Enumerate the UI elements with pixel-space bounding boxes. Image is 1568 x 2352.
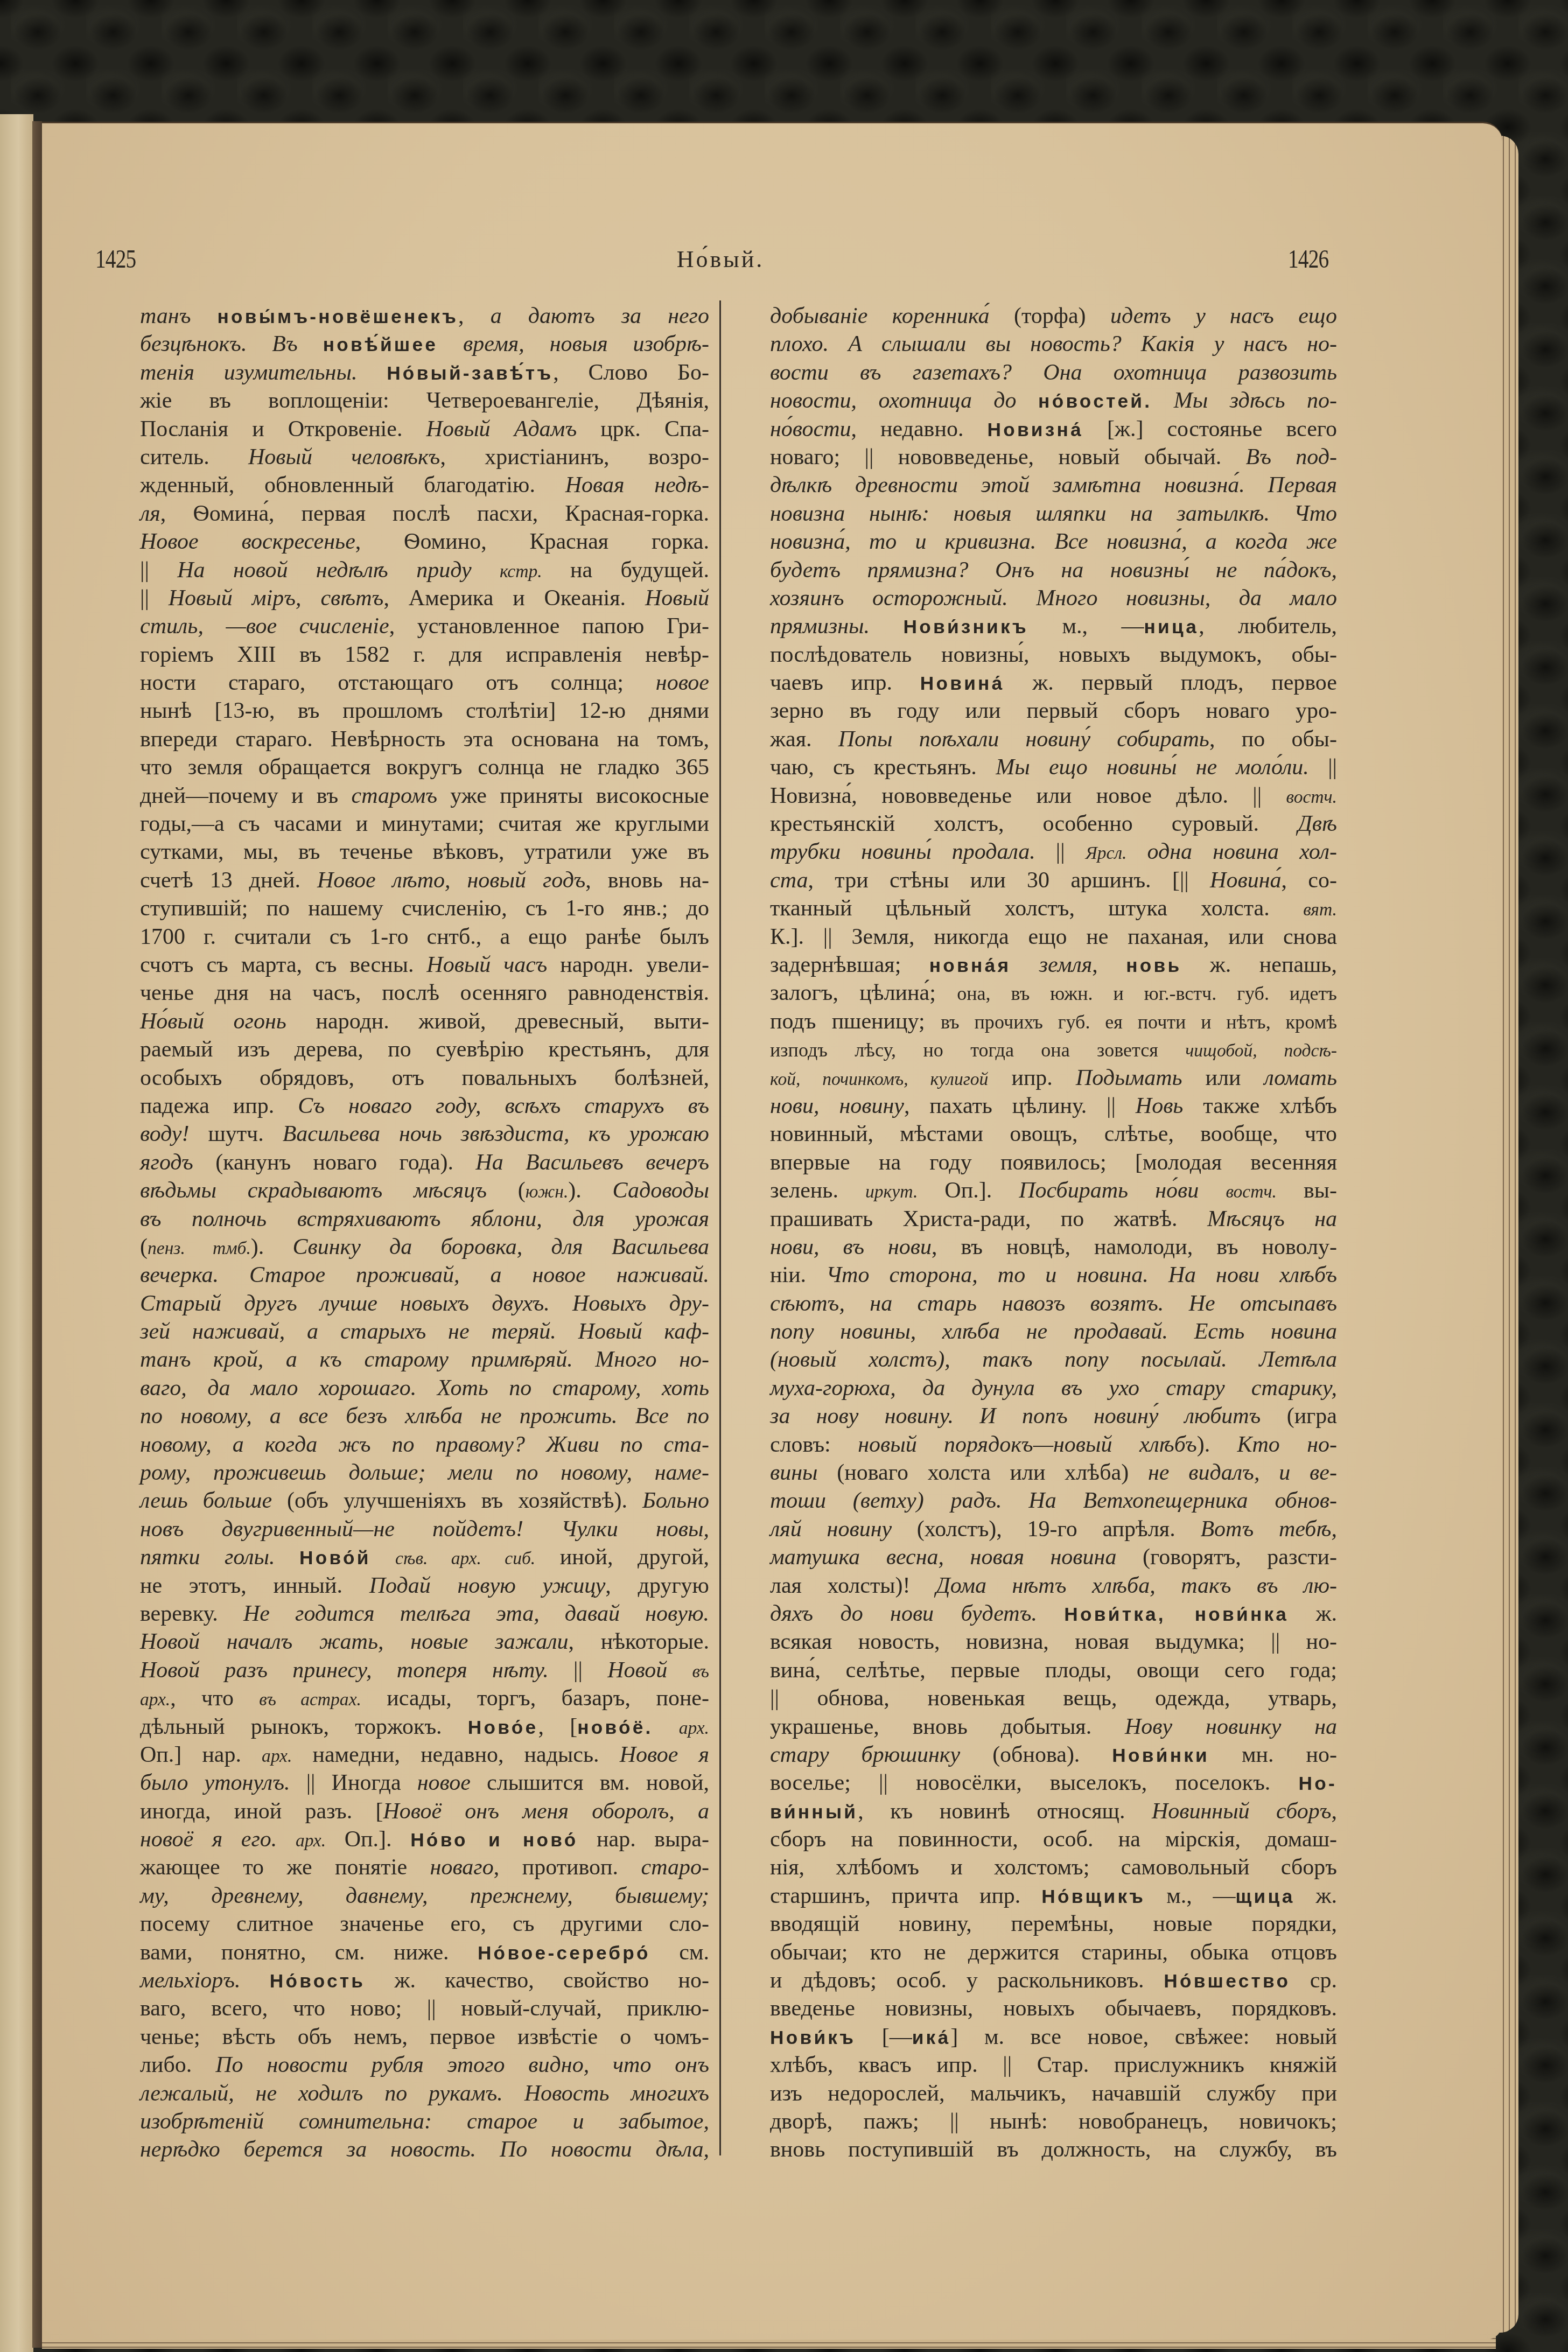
italic-text: По новости рубля этого видно, что онъ bbox=[215, 2053, 709, 2077]
text-line: попу новины, хлѣба не продавай. Есть нов… bbox=[770, 1318, 1337, 1346]
text-line: вечерка. Старое проживай, а новое нажива… bbox=[140, 1261, 709, 1289]
text-run: хлѣбъ, квасъ ипр. || Стар. прислужникъ к… bbox=[770, 2053, 1337, 2077]
text-line: особыхъ обрядовъ, отъ повальныхъ болѣзне… bbox=[140, 1064, 709, 1092]
text-line: муха-горюха, да дунула въ ухо стару стар… bbox=[770, 1374, 1337, 1402]
text-line: изобрѣтеній сомнительна: старое и забыто… bbox=[140, 2108, 709, 2136]
italic-text: нерѣдко берется за новость. По новости д… bbox=[140, 2137, 709, 2162]
headword: Нови́тка, нови́нка bbox=[1064, 1604, 1289, 1625]
text-line: нови, въ нови, въ новцѣ, намолоди, въ но… bbox=[770, 1233, 1337, 1261]
text-run: нія, хлѣбомъ и холстомъ; самовольный сбо… bbox=[770, 1855, 1337, 1880]
text-line: матушка весна, новая новина (говорятъ, р… bbox=[770, 1543, 1337, 1571]
text-run bbox=[1152, 388, 1173, 413]
text-run: , Ѳомина́, первая послѣ пасхи, Красная-г… bbox=[160, 501, 709, 526]
abbreviation: кстр. bbox=[500, 562, 542, 582]
text-run bbox=[1011, 953, 1039, 977]
text-line: залогъ, цѣлина́; она, въ южн. и юг.-встч… bbox=[770, 979, 1337, 1007]
text-run: впереди стараго. Невѣрность эта основана… bbox=[140, 727, 709, 752]
text-line: словъ: новый порядокъ—новый хлѣбъ). Кто … bbox=[770, 1431, 1337, 1459]
text-run: , bbox=[1092, 953, 1126, 977]
italic-text: Кто но- bbox=[1237, 1432, 1337, 1457]
text-run bbox=[1199, 1178, 1226, 1203]
text-run bbox=[240, 1968, 269, 1993]
text-run: либо. bbox=[140, 2053, 215, 2077]
italic-text: изобрѣтеній сомнительна: старое и забыто… bbox=[140, 2109, 709, 2134]
italic-text: сѣютъ, на старь навозъ возятъ. Не отсыпа… bbox=[770, 1291, 1337, 1316]
text-line: 1700 г. считали съ 1-го снтб., а ещо ран… bbox=[140, 923, 709, 951]
text-run: (объ улучшеніяхъ въ хозяйствѣ). bbox=[272, 1488, 642, 1513]
text-line: ля, Ѳомина́, первая послѣ пасхи, Красная… bbox=[140, 500, 709, 528]
text-run: ж. bbox=[1289, 1601, 1337, 1626]
italic-text: Подай новую ужицу bbox=[369, 1573, 606, 1598]
text-run: , что bbox=[170, 1686, 259, 1711]
text-line: му, древнему, давнему, прежнему, бывшему… bbox=[140, 1882, 709, 1910]
text-run: на будущей. bbox=[542, 558, 709, 583]
text-line: воду! шутч. Васильева ночь звѣздиста, къ… bbox=[140, 1120, 709, 1148]
italic-text: му, древнему, давнему, прежнему, бывшему… bbox=[140, 1884, 709, 1908]
text-run: изъ недорослей, мальчикъ, начавшій служб… bbox=[770, 2081, 1337, 2106]
italic-text: нови, новину bbox=[770, 1094, 904, 1118]
italic-text: ста bbox=[770, 868, 808, 893]
text-run: жая. bbox=[770, 727, 838, 752]
text-line: ніи. Что сторона, то и новина. На нови х… bbox=[770, 1261, 1337, 1289]
text-line: новаго; || нововведенье, новый обычай. В… bbox=[770, 443, 1337, 471]
text-line: сборъ на повинности, особ. на мірскія, д… bbox=[770, 1825, 1337, 1853]
text-line: танъ новы́мъ-новёшенекъ, а даютъ за него bbox=[140, 302, 709, 330]
italic-text: Не годится телѣга эта, давай новую. bbox=[243, 1601, 709, 1626]
text-run bbox=[667, 1658, 692, 1683]
column-divider bbox=[719, 300, 721, 2155]
text-line: украшенье, вновь добытыя. Нову новинку н… bbox=[770, 1713, 1337, 1741]
italic-text: трубки новины́ продала. bbox=[770, 839, 1035, 864]
text-run: (холстъ), 19-го апрѣля. bbox=[892, 1517, 1200, 1542]
italic-text: пятки голы. bbox=[140, 1545, 299, 1570]
italic-text: а даютъ за него bbox=[491, 304, 709, 328]
text-run: ( bbox=[140, 1235, 148, 1259]
text-run: шутч. bbox=[189, 1122, 282, 1146]
text-run: ченье дня на часъ, послѣ осенняго равнод… bbox=[140, 981, 709, 1005]
text-run: также хлѣбъ bbox=[1183, 1094, 1337, 1118]
headword: Но́вщикъ bbox=[1041, 1886, 1145, 1907]
text-line: || На новой недѣлѣ приду кстр. на будуще… bbox=[140, 556, 709, 584]
text-line: лая холсты)! Дома нѣтъ хлѣба, такъ въ лю… bbox=[770, 1572, 1337, 1600]
text-line: обычаи; кто не держится старины, обыка о… bbox=[770, 1938, 1337, 1966]
italic-text: Мы здѣсь по- bbox=[1174, 388, 1337, 413]
text-run: нар. выра- bbox=[578, 1827, 709, 1852]
text-run: прашивать Христа-ради, по жатвѣ. bbox=[770, 1207, 1207, 1231]
text-run: (обнова). bbox=[960, 1742, 1112, 1767]
italic-text: Садоводы bbox=[613, 1178, 709, 1203]
text-line: нынѣ [13-ю, въ прошломъ столѣтіи] 12-ю д… bbox=[140, 697, 709, 725]
text-run: годы,—а съ часами и минутами; считая же … bbox=[140, 811, 709, 836]
headword: ница bbox=[1144, 617, 1199, 638]
text-line: К.]. || Земля, никогда ещо не паханая, и… bbox=[770, 923, 1337, 951]
italic-text: Новь bbox=[1136, 1094, 1184, 1118]
text-line: вводящій новину, перемѣны, новые порядки… bbox=[770, 1910, 1337, 1938]
text-run: веревку. bbox=[140, 1601, 243, 1626]
text-line: всякая новость, новизна, новая выдумка; … bbox=[770, 1628, 1337, 1656]
text-run: счотъ съ марта, съ весны. bbox=[140, 953, 426, 977]
small-text: изподъ лѣсу, но тогда она зовется bbox=[770, 1039, 1185, 1061]
text-run: , недавно. bbox=[851, 417, 988, 442]
text-run: (торфа) bbox=[990, 304, 1110, 328]
italic-text: воду! bbox=[140, 1122, 189, 1146]
italic-text: Новый міръ, свѣтъ bbox=[169, 586, 384, 611]
italic-text: новаго bbox=[430, 1855, 494, 1880]
text-run: жіе въ воплощеніи: Четвероевангеліе, Дѣя… bbox=[140, 388, 709, 413]
text-line: жіе въ воплощеніи: Четвероевангеліе, Дѣя… bbox=[140, 387, 709, 415]
text-run: уже приняты високосные bbox=[437, 783, 709, 808]
italic-text: Новина́ bbox=[1210, 868, 1281, 893]
text-line: новизна́, то и кривизна. Все новизна́, а… bbox=[770, 528, 1337, 556]
headword: ново́ё. bbox=[577, 1717, 653, 1738]
text-run: счетѣ 13 дней. bbox=[140, 868, 317, 893]
text-run: новинный, мѣстами овощъ, слѣтье, вообще,… bbox=[770, 1122, 1337, 1146]
italic-text: Новоё онъ меня оборолъ, а bbox=[383, 1799, 709, 1824]
text-line: ступившій; по нашему счисленію, съ 1-го … bbox=[140, 894, 709, 922]
text-line: ягодъ (канунъ новаго года). На Васильевъ… bbox=[140, 1149, 709, 1177]
italic-text: Новой bbox=[607, 1658, 667, 1683]
text-line: вина́, селѣтье, первые плоды, овощи сего… bbox=[770, 1656, 1337, 1684]
italic-text: Мы ещо новины́ не моло́ли. bbox=[996, 755, 1309, 780]
italic-text: Нову новинку на bbox=[1125, 1714, 1337, 1739]
text-line: дворѣ, пажъ; || нынѣ: новобранецъ, нович… bbox=[770, 2108, 1337, 2136]
text-run: особыхъ обрядовъ, отъ повальныхъ болѣзне… bbox=[140, 1066, 709, 1090]
text-run: украшенье, вновь добытыя. bbox=[770, 1714, 1125, 1739]
text-run bbox=[870, 614, 904, 639]
italic-text: Новой началъ жать, новые зажали bbox=[140, 1629, 569, 1654]
text-line: Но́вый огонь народн. живой, древесный, в… bbox=[140, 1007, 709, 1035]
text-run: , любитель, bbox=[1199, 614, 1337, 639]
text-line: прямизны. Нови́зникъ м., —ница, любитель… bbox=[770, 612, 1337, 640]
text-line: новъ двугривенный—не пойдетъ! Чулки новы… bbox=[140, 1515, 709, 1543]
text-line: Оп.] нар. арх. намедни, недавно, надысь.… bbox=[140, 1741, 709, 1769]
italic-text: плохо. А слышали вы новость? Какія у нас… bbox=[770, 332, 1337, 356]
text-line: трубки новины́ продала. || Ярсл. одна но… bbox=[770, 838, 1337, 866]
text-run: , вновь на- bbox=[585, 868, 709, 893]
text-line: за нову новину. И попъ новину́ любитъ (и… bbox=[770, 1402, 1337, 1430]
text-run: дворѣ, пажъ; || нынѣ: новобранецъ, нович… bbox=[770, 2109, 1337, 2134]
italic-text: Новое я bbox=[620, 1742, 709, 1767]
italic-text: въ полночь встряхиваютъ яблони, для урож… bbox=[140, 1207, 709, 1231]
text-run: || обнова, новенькая вещь, одежда, утвар… bbox=[770, 1686, 1337, 1711]
text-run bbox=[371, 1545, 395, 1570]
text-run: ] м. все новое, свѣжее: новый bbox=[950, 2025, 1337, 2049]
text-run: (говорятъ, разсти- bbox=[1116, 1545, 1337, 1570]
headword: Новина́ bbox=[920, 673, 1005, 694]
text-run: м., — bbox=[1145, 1884, 1235, 1908]
text-line: зей наживай, а старыхъ не теряй. Новый к… bbox=[140, 1318, 709, 1346]
italic-text: дяхъ до нови будетъ. bbox=[770, 1601, 1037, 1626]
italic-text: Подымать bbox=[1076, 1066, 1182, 1090]
left-column: танъ новы́мъ-новёшенекъ, а даютъ за него… bbox=[140, 302, 709, 2164]
text-line: ваго, да мало хорошаго. Хоть по старому,… bbox=[140, 1374, 709, 1402]
italic-text: прямизны. bbox=[770, 614, 870, 639]
headword: Новизна́ bbox=[987, 419, 1083, 440]
headword: новь bbox=[1126, 955, 1181, 976]
text-line: по новому, а все безъ хлѣба не прожить. … bbox=[140, 1402, 709, 1430]
italic-text: лешь больше bbox=[140, 1488, 272, 1513]
text-run: || Иногда bbox=[290, 1770, 417, 1795]
text-run: иной, другой, bbox=[535, 1545, 709, 1570]
text-run: ваго, всего, что ново; || новый-случай, … bbox=[140, 1996, 709, 2021]
text-run: , установленное папою Гри- bbox=[389, 614, 709, 639]
italic-text: вѣдьмы скрадываютъ мѣсяцъ bbox=[140, 1178, 487, 1203]
abbreviation: кой, починкомъ, кулигой bbox=[770, 1069, 988, 1089]
small-text: въ прочихъ губ. ея почти и нѣтъ, кромѣ bbox=[941, 1011, 1337, 1033]
italic-text: новому, а когда жъ по правому? Живи по с… bbox=[140, 1432, 709, 1457]
text-line: ста, три стѣны или 30 аршинъ. [|| Новина… bbox=[770, 866, 1337, 894]
text-run: ніи. bbox=[770, 1263, 826, 1287]
text-run: , противоп. bbox=[494, 1855, 641, 1880]
italic-text: не видалъ, и ве- bbox=[1148, 1460, 1337, 1485]
text-line: не этотъ, инный. Подай новую ужицу, друг… bbox=[140, 1572, 709, 1600]
text-line: лешь больше (объ улучшеніяхъ въ хозяйств… bbox=[140, 1487, 709, 1515]
text-line: ляй новину (холстъ), 19-го апрѣля. Вотъ … bbox=[770, 1515, 1337, 1543]
text-line: дяхъ до нови будетъ. Нови́тка, нови́нка … bbox=[770, 1600, 1337, 1628]
text-run: Посланія и Откровеніе. bbox=[140, 417, 426, 442]
headword: Но́во и ново́ bbox=[410, 1830, 578, 1851]
text-run: , Слово Бо- bbox=[553, 360, 709, 385]
abbreviation: сѣв. арх. сиб. bbox=[395, 1549, 535, 1569]
abbreviation: востч. bbox=[1226, 1182, 1277, 1202]
text-line: чаю, съ крестьянъ. Мы ещо новины́ не мол… bbox=[770, 753, 1337, 781]
italic-text: новое bbox=[656, 670, 709, 695]
text-run: всякая новость, новизна, новая выдумка; … bbox=[770, 1629, 1337, 1654]
text-line: нія, хлѣбомъ и холстомъ; самовольный сбо… bbox=[770, 1853, 1337, 1881]
text-run: ситель. bbox=[140, 445, 248, 470]
headword: Нови́къ bbox=[770, 2027, 856, 2048]
text-run: намедни, недавно, надысь. bbox=[292, 1742, 619, 1767]
abbreviation: чищобой, подсѣ- bbox=[1185, 1041, 1337, 1061]
headword: щица bbox=[1236, 1886, 1295, 1907]
text-run: вы- bbox=[1277, 1178, 1337, 1203]
text-run: Оп.]. bbox=[918, 1178, 1019, 1203]
text-run: ср. bbox=[1290, 1968, 1337, 1993]
text-line: сутками, мы, въ теченье вѣковъ, утратили… bbox=[140, 838, 709, 866]
text-line: и дѣдовъ; особ. у раскольниковъ. Но́вшес… bbox=[770, 1966, 1337, 1994]
text-run: [— bbox=[856, 2025, 912, 2049]
italic-text: На новой недѣлѣ приду bbox=[177, 558, 500, 583]
italic-text: новизна нынѣ: новыя шляпки на затылкѣ. Ч… bbox=[770, 501, 1337, 526]
text-line: зелень. иркут. Оп.]. Посбирать но́ви вос… bbox=[770, 1177, 1337, 1205]
text-line: въ полночь встряхиваютъ яблони, для урож… bbox=[140, 1205, 709, 1233]
text-line: тенія изумительны. Но́вый-завѣ́тъ, Слово… bbox=[140, 359, 709, 387]
abbreviation: вят. bbox=[1303, 900, 1337, 920]
headword: Но́вый-завѣ́тъ bbox=[387, 363, 553, 384]
text-line: новинный, мѣстами овощъ, слѣтье, вообще,… bbox=[770, 1120, 1337, 1148]
text-line: стиль, —вое счисленіе, установленное пап… bbox=[140, 612, 709, 640]
text-run: зерно въ году или первый сборъ новаго ур… bbox=[770, 698, 1337, 723]
text-run: , [ bbox=[538, 1714, 577, 1739]
headword: ика́ bbox=[912, 2027, 951, 2048]
text-line: подъ пшеницу; въ прочихъ губ. ея почти и… bbox=[770, 1007, 1337, 1035]
italic-text: Въ под- bbox=[1246, 445, 1338, 470]
text-line: рому, проживешь дольше; мели по новому, … bbox=[140, 1459, 709, 1487]
text-line: лежалый, не ходилъ по рукамъ. Новость мн… bbox=[140, 2080, 709, 2108]
italic-text: зей наживай, а старыхъ не теряй. Новый к… bbox=[140, 1319, 709, 1344]
text-run: ж. bbox=[1295, 1884, 1337, 1908]
page-number-left: 1425 bbox=[95, 247, 136, 272]
text-line: вновь поступившій въ должность, на служб… bbox=[770, 2136, 1337, 2164]
text-line: хозяинъ осторожный. Много новизны, да ма… bbox=[770, 584, 1337, 612]
text-line: ситель. Новый человѣкъ, христіанинъ, воз… bbox=[140, 443, 709, 471]
italic-text: новый порядокъ—новый хлѣбъ bbox=[858, 1432, 1197, 1457]
headword: но́востей. bbox=[1038, 391, 1152, 412]
text-run: задернѣвшая; bbox=[770, 953, 929, 977]
text-run: || bbox=[1035, 839, 1086, 864]
headword: новна́я bbox=[929, 955, 1011, 976]
text-run: ступившій; по нашему счисленію, съ 1-го … bbox=[140, 896, 709, 921]
text-run: вами, понятно, см. ниже. bbox=[140, 1940, 478, 1965]
text-line: жденный, обновленный благодатію. Новая н… bbox=[140, 471, 709, 499]
italic-text: Мѣсяцъ на bbox=[1207, 1207, 1337, 1231]
text-run: что земля обращается вокругъ солнца не г… bbox=[140, 755, 709, 780]
text-run: тканный цѣльный холстъ, штука холста. bbox=[770, 896, 1303, 921]
italic-text: попу новины, хлѣба не продавай. Есть нов… bbox=[770, 1319, 1337, 1344]
italic-text: вости въ газетахъ? Она охотница развозит… bbox=[770, 360, 1337, 385]
text-line: безцѣнокъ. Въ новѣ́йшее время, новыя изо… bbox=[140, 330, 709, 358]
text-run: ж. качество, свойство но- bbox=[365, 1968, 709, 1993]
italic-text: Новинный сборъ bbox=[1152, 1799, 1332, 1824]
italic-text: Новый часъ bbox=[426, 953, 547, 977]
text-run: дней—почему и въ bbox=[140, 783, 352, 808]
text-line: но́вости, недавно. Новизна́ [ж.] состоян… bbox=[770, 415, 1337, 443]
text-run: || bbox=[140, 586, 169, 611]
text-line: что земля обращается вокругъ солнца не г… bbox=[140, 753, 709, 781]
text-line: падежа ипр. Съ новаго году, всѣхъ старух… bbox=[140, 1092, 709, 1120]
headword: новѣ́йшее bbox=[323, 334, 438, 355]
abbreviation: пенз. тмб. bbox=[148, 1238, 251, 1258]
text-line: ченье дня на часъ, послѣ осенняго равнод… bbox=[140, 979, 709, 1007]
italic-text: лежалый, не ходилъ по рукамъ. Новость мн… bbox=[140, 2081, 709, 2106]
abbreviation: арх. bbox=[679, 1718, 709, 1738]
text-run: ж. первый плодъ, первое bbox=[1004, 670, 1337, 695]
text-line: введенье новизны, новыхъ обычаевъ, поряд… bbox=[770, 1994, 1337, 2022]
text-run: , къ новинѣ относящ. bbox=[858, 1799, 1152, 1824]
text-run: ). bbox=[1197, 1432, 1237, 1457]
text-line: тоши (ветху) радъ. На Ветхопещерника обн… bbox=[770, 1487, 1337, 1515]
text-run: 1700 г. считали съ 1-го снтб., а ещо ран… bbox=[140, 925, 709, 949]
abbreviation: Ярсл. bbox=[1086, 843, 1127, 863]
abbreviation: востч. bbox=[1286, 787, 1338, 807]
text-run: Новизна́, нововведенье или новое дѣло. |… bbox=[770, 783, 1286, 808]
italic-text: идетъ у насъ ещо bbox=[1110, 304, 1337, 328]
text-run: ипр. bbox=[988, 1066, 1075, 1090]
text-line: дѣлкѣ древности этой замѣтна новизна́. П… bbox=[770, 471, 1337, 499]
text-line: иногда, иной разъ. [Новоё онъ меня оборо… bbox=[140, 1797, 709, 1825]
text-run: чаевъ ипр. bbox=[770, 670, 920, 695]
text-run: , христіанинъ, возро- bbox=[440, 445, 709, 470]
headword: ви́нный bbox=[770, 1802, 858, 1823]
italic-text: Дома нѣтъ хлѣба, такъ въ лю- bbox=[936, 1573, 1337, 1598]
text-line: нови, новину, пахать цѣлину. || Новь так… bbox=[770, 1092, 1337, 1120]
text-line: ности стараго, отстающаго отъ солнца; но… bbox=[140, 669, 709, 697]
text-run: , другую bbox=[605, 1573, 709, 1598]
text-run: , bbox=[1332, 1799, 1338, 1824]
italic-text: Что сторона, то и новина. На нови хлѣбъ bbox=[826, 1263, 1337, 1287]
italic-text: добываніе коренника́ bbox=[770, 304, 990, 328]
italic-text: Новый Адамъ bbox=[426, 417, 577, 442]
text-line: дней—почему и въ старомъ уже приняты вис… bbox=[140, 782, 709, 810]
italic-text: Новое лѣто, новый годъ bbox=[317, 868, 585, 893]
text-line: Новой началъ жать, новые зажали, нѣкотор… bbox=[140, 1628, 709, 1656]
page-number-right: 1426 bbox=[1288, 247, 1328, 272]
italic-text: новое bbox=[417, 1770, 471, 1795]
text-run: К.]. || Земля, никогда ещо не паханая, и… bbox=[770, 925, 1337, 949]
text-run: ности стараго, отстающаго отъ солнца; bbox=[140, 670, 656, 695]
italic-text: земля bbox=[1039, 953, 1093, 977]
headword: Нови́зникъ bbox=[904, 617, 1028, 638]
text-run: старшинъ, причта ипр. bbox=[770, 1884, 1041, 1908]
italic-text: стару брюшинку bbox=[770, 1742, 960, 1767]
text-line: годы,—а съ часами и минутами; считая же … bbox=[140, 810, 709, 838]
small-text: она, въ южн. и юг.-встч. губ. идетъ bbox=[957, 983, 1337, 1004]
italic-text: ваго, да мало хорошаго. Хоть по старому,… bbox=[140, 1376, 709, 1401]
italic-text: хозяинъ осторожный. Много новизны, да ма… bbox=[770, 586, 1337, 611]
text-run: (канунъ новаго года). bbox=[193, 1150, 475, 1175]
text-line: жающее то же понятіе новаго, противоп. с… bbox=[140, 1853, 709, 1881]
headword: Но́вость bbox=[270, 1971, 366, 1992]
italic-text: Больно bbox=[642, 1488, 709, 1513]
headword: Но- bbox=[1299, 1773, 1337, 1794]
text-run: (новаго холста или хлѣба) bbox=[818, 1460, 1148, 1485]
text-run: впервые на году появилось; [молодая весе… bbox=[770, 1150, 1337, 1175]
italic-text: Старый другъ лучше новыхъ двухъ. Новыхъ … bbox=[140, 1291, 709, 1316]
italic-text: танъ bbox=[140, 304, 218, 328]
italic-text: Попы поѣхали новину́ собирать bbox=[838, 727, 1209, 752]
text-line: счотъ съ марта, съ весны. Новый часъ нар… bbox=[140, 951, 709, 979]
italic-text: новизна́, то и кривизна. Все новизна́, а… bbox=[770, 529, 1337, 554]
text-run: ж. непашь, bbox=[1181, 953, 1337, 977]
adjacent-page-edge bbox=[0, 114, 33, 2352]
text-line: Новизна́, нововведенье или новое дѣло. |… bbox=[770, 782, 1337, 810]
text-run: введенье новизны, новыхъ обычаевъ, поряд… bbox=[770, 1996, 1337, 2021]
text-line: вости въ газетахъ? Она охотница развозит… bbox=[770, 359, 1337, 387]
text-run: ( bbox=[487, 1178, 526, 1203]
text-line: было утонулъ. || Иногда новое слышится в… bbox=[140, 1769, 709, 1797]
text-line: либо. По новости рубля этого видно, что … bbox=[140, 2051, 709, 2079]
text-line: новизна нынѣ: новыя шляпки на затылкѣ. Ч… bbox=[770, 500, 1337, 528]
text-run: (игра bbox=[1261, 1404, 1337, 1429]
text-line: изподъ лѣсу, но тогда она зовется чищобо… bbox=[770, 1035, 1337, 1063]
text-run: || bbox=[1309, 755, 1337, 780]
text-line: новому, а когда жъ по правому? Живи по с… bbox=[140, 1431, 709, 1459]
italic-text: за нову новину. И попъ новину́ любитъ bbox=[770, 1404, 1261, 1429]
text-run: , пахать цѣлину. || bbox=[904, 1094, 1136, 1118]
text-line: || обнова, новенькая вещь, одежда, утвар… bbox=[770, 1684, 1337, 1712]
italic-text: Но́вый огонь bbox=[140, 1009, 286, 1034]
text-run: ). bbox=[568, 1178, 612, 1203]
abbreviation: арх. bbox=[262, 1746, 292, 1766]
text-run: см. bbox=[650, 1940, 709, 1965]
text-line: Новой разъ принесу, топеря нѣту. || Ново… bbox=[140, 1656, 709, 1684]
italic-text: вечерка. Старое проживай, а новое нажива… bbox=[140, 1263, 709, 1287]
text-line: горіемъ XIII въ 1582 г. для исправленія … bbox=[140, 641, 709, 669]
text-run: падежа ипр. bbox=[140, 1094, 298, 1118]
italic-text: новъ двугривенный—не пойдетъ! Чулки новы… bbox=[140, 1517, 709, 1542]
book-gutter-line bbox=[32, 121, 42, 2348]
text-line: нерѣдко берется за новость. По новости д… bbox=[140, 2136, 709, 2164]
text-line: старшинъ, причта ипр. Но́вщикъ м., —щица… bbox=[770, 1882, 1337, 1910]
text-run: мн. но- bbox=[1209, 1742, 1337, 1767]
text-run bbox=[1037, 1601, 1064, 1626]
text-run: зелень. bbox=[770, 1178, 865, 1203]
text-run: обычаи; кто не держится старины, обыка о… bbox=[770, 1940, 1337, 1965]
italic-text: по новому, а все безъ хлѣба не прожить. … bbox=[140, 1404, 709, 1429]
italic-text: новости, охотница до bbox=[770, 388, 1038, 413]
text-run: , три стѣны или 30 аршинъ. [|| bbox=[808, 868, 1210, 893]
text-run bbox=[653, 1714, 679, 1739]
